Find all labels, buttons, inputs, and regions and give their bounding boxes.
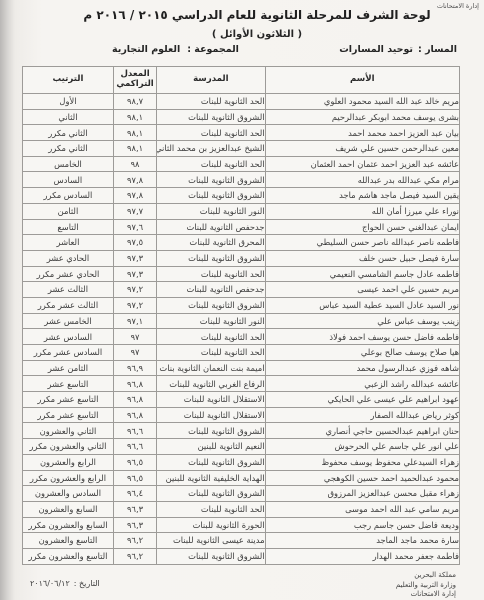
cell-name: يقين السيد فيصل ماجد هاشم ماجد xyxy=(265,188,459,204)
table-row: فاطمه ناصر عبدالله ناصر حسن السليطي المح… xyxy=(23,235,460,251)
table-row: سارة فيصل حبيل حسن خلف الشروق الثانوية ل… xyxy=(23,250,460,266)
table-row: حنان ابراهيم عبدالحسين حاجي أنصاري الشرو… xyxy=(23,423,460,439)
table-row: مرام مكي عبدالله بدر عبدالله الشروق الثا… xyxy=(23,172,460,188)
cell-gpa: ٩٧,٥ xyxy=(113,235,156,251)
cell-school: الشروق الثانوية للبنات xyxy=(157,188,265,204)
cell-gpa: ٩٨,١ xyxy=(113,141,156,157)
cell-school: الشروق الثانوية للبنات xyxy=(157,250,265,266)
cell-rank: الرابع والعشرون مكرر xyxy=(23,470,114,486)
table-row: يقين السيد فيصل ماجد هاشم ماجد الشروق ال… xyxy=(23,188,460,204)
cell-school: الحد الثانوية للبنات xyxy=(157,156,265,172)
cell-rank: الثالث عشر مكرر xyxy=(23,297,114,313)
cell-name: شاهه فوزي عبدالرسول محمد xyxy=(265,360,459,376)
cell-gpa: ٩٦,٨ xyxy=(113,376,156,392)
cell-rank: السادس عشر xyxy=(23,329,114,345)
table-row: علي انور علي جاسم علي الحرحوش النعيم الث… xyxy=(23,439,460,455)
cell-name: كوثر رياض عبدالله الصفار xyxy=(265,407,459,423)
header-gpa: المعدل التراكمي xyxy=(113,67,156,94)
cell-gpa: ٩٧,٦ xyxy=(113,219,156,235)
cell-school: جدحفص الثانوية للبنات xyxy=(157,219,265,235)
cell-rank: السابع والعشرون xyxy=(23,501,114,517)
cell-gpa: ٩٧,١ xyxy=(113,313,156,329)
cell-rank: الثامن عشر xyxy=(23,360,114,376)
cell-school: الشروق الثانوية للبنات xyxy=(157,172,265,188)
date-value: ٢٠١٦/٠٦/١٢ xyxy=(30,579,70,588)
cell-rank: الثالث عشر xyxy=(23,282,114,298)
table-row: محمود عبدالحميد احمد حسين الكوهجي الهداي… xyxy=(23,470,460,486)
cell-gpa: ٩٦,٥ xyxy=(113,454,156,470)
cell-gpa: ٩٧ xyxy=(113,329,156,345)
cell-gpa: ٩٨,١ xyxy=(113,125,156,141)
table-row: هيا صلاح يوسف صالح بوعلي الحد الثانوية ل… xyxy=(23,345,460,361)
cell-gpa: ٩٦,٣ xyxy=(113,517,156,533)
cell-name: فاطمه عادل جاسم الشامسي النعيمي xyxy=(265,266,459,282)
cell-gpa: ٩٦,٤ xyxy=(113,486,156,502)
cell-school: مدينة عيسى الثانوية للبنات xyxy=(157,533,265,549)
cell-school: الحد الثانوية للبنات xyxy=(157,329,265,345)
table-row: معين عبدالرحمن حسين علي شريف الشيخ عبدال… xyxy=(23,141,460,157)
header-name: الأسم xyxy=(265,67,459,94)
header-school: المدرسة xyxy=(157,67,265,94)
cell-school: النعيم الثانوية للبنين xyxy=(157,439,265,455)
cell-rank: العاشر xyxy=(23,235,114,251)
table-row: زهراء السيدعلي محفوظ يوسف محفوظ الشروق ا… xyxy=(23,454,460,470)
cell-rank: التاسع والعشرون xyxy=(23,533,114,549)
table-row: عائشه عبد العزيز احمد عثمان احمد العثمان… xyxy=(23,156,460,172)
cell-rank: الثاني والعشرون xyxy=(23,423,114,439)
cell-gpa: ٩٦,٦ xyxy=(113,423,156,439)
cell-name: سارة فيصل حبيل حسن خلف xyxy=(265,250,459,266)
scanned-document-page: { "corner_note": "إدارة الامتحانات", "ti… xyxy=(0,0,484,600)
cell-school: اميمة بنت النعمان الثانوية بنات xyxy=(157,360,265,376)
cell-school: الحد الثانوية للبنات xyxy=(157,345,265,361)
cell-school: الحورة الثانوية للبنات xyxy=(157,517,265,533)
cell-rank: التاسع عشر مكرر xyxy=(23,407,114,423)
header-rank: الترتيب xyxy=(23,67,114,94)
table-row: نوراء علي ميرزا أمان الله النور الثانوية… xyxy=(23,203,460,219)
cell-name: فاطمه ناصر عبدالله ناصر حسن السليطي xyxy=(265,235,459,251)
cell-school: الشروق الثانوية للبنات xyxy=(157,109,265,125)
cell-school: النور الثانوية للبنات xyxy=(157,313,265,329)
cell-name: مريم خالد عبد الله السيد محمود العلوي xyxy=(265,94,459,110)
cell-gpa: ٩٧,٨ xyxy=(113,188,156,204)
cell-name: بشرى يوسف محمد ابوبكر عبدالرحيم xyxy=(265,109,459,125)
cell-rank: الخامس xyxy=(23,156,114,172)
cell-gpa: ٩٦,٨ xyxy=(113,392,156,408)
cell-name: معين عبدالرحمن حسين علي شريف xyxy=(265,141,459,157)
cell-rank: السادس مكرر xyxy=(23,188,114,204)
honor-roll-table: الأسم المدرسة المعدل التراكمي الترتيب مر… xyxy=(22,66,460,565)
page-title: لوحة الشرف للمرحلة الثانوية للعام الدراس… xyxy=(70,8,444,22)
cell-school: الاستقلال الثانوية للبنات xyxy=(157,407,265,423)
table-row: بشرى يوسف محمد ابوبكر عبدالرحيم الشروق ا… xyxy=(23,109,460,125)
cell-name: فاطمه فاضل حسن يوسف احمد فولاذ xyxy=(265,329,459,345)
cell-gpa: ٩٨ xyxy=(113,156,156,172)
group-line: المجموعة :العلوم التجارية xyxy=(112,44,239,55)
cell-name: زهراء السيدعلي محفوظ يوسف محفوظ xyxy=(265,454,459,470)
cell-school: الحد الثانوية للبنات xyxy=(157,266,265,282)
table-row: زينب يوسف عباس علي النور الثانوية للبنات… xyxy=(23,313,460,329)
cell-school: الشروق الثانوية للبنات xyxy=(157,454,265,470)
cell-rank: السادس والعشرون xyxy=(23,486,114,502)
cell-school: الشروق الثانوية للبنات xyxy=(157,297,265,313)
cell-school: الهداية الخليفية الثانوية للبنين xyxy=(157,470,265,486)
cell-school: الحد الثانوية للبنات xyxy=(157,94,265,110)
cell-school: النور الثانوية للبنات xyxy=(157,203,265,219)
cell-gpa: ٩٦,٣ xyxy=(113,501,156,517)
cell-gpa: ٩٦,٢ xyxy=(113,533,156,549)
cell-gpa: ٩٦,٢ xyxy=(113,548,156,564)
cell-gpa: ٩٧,٣ xyxy=(113,250,156,266)
cell-rank: السادس عشر مكرر xyxy=(23,345,114,361)
cell-school: جدحفص الثانوية للبنات xyxy=(157,282,265,298)
cell-rank: الحادي عشر xyxy=(23,250,114,266)
table-row: مريم سامي عبد الله احمد موسى الحد الثانو… xyxy=(23,501,460,517)
cell-name: مريم سامي عبد الله احمد موسى xyxy=(265,501,459,517)
cell-name: مريم حسين علي احمد عيسى xyxy=(265,282,459,298)
cell-rank: الثاني مكرر xyxy=(23,125,114,141)
cell-rank: الثاني xyxy=(23,109,114,125)
footer-ministry: وزارة التربية والتعليم xyxy=(396,581,456,591)
cell-name: عائشه عبد العزيز احمد عثمان احمد العثمان xyxy=(265,156,459,172)
track-value: توحيد المسارات xyxy=(339,44,413,55)
cell-gpa: ٩٧,٢ xyxy=(113,282,156,298)
cell-school: الشروق الثانوية للبنات xyxy=(157,548,265,564)
cell-gpa: ٩٦,٨ xyxy=(113,407,156,423)
cell-gpa: ٩٧,٢ xyxy=(113,297,156,313)
cell-school: الشروق الثانوية للبنات xyxy=(157,423,265,439)
date-label: التاريخ : xyxy=(74,579,100,588)
cell-name: عائشه عبدالله راشد الزعبي xyxy=(265,376,459,392)
cell-name: زينب يوسف عباس علي xyxy=(265,313,459,329)
cell-school: الحد الثانوية للبنات xyxy=(157,501,265,517)
cell-name: وديعة فاضل حسن جاسم رجب xyxy=(265,517,459,533)
cell-gpa: ٩٦,٩ xyxy=(113,360,156,376)
cell-school: الاستقلال الثانوية للبنات xyxy=(157,392,265,408)
cell-gpa: ٩٨,١ xyxy=(113,109,156,125)
cell-name: محمود عبدالحميد احمد حسين الكوهجي xyxy=(265,470,459,486)
cell-name: علي انور علي جاسم علي الحرحوش xyxy=(265,439,459,455)
table-row: بيان عبد العزيز احمد محمد احمد الحد الثا… xyxy=(23,125,460,141)
cell-name: ايمان عبدالغني حسن الحواج xyxy=(265,219,459,235)
cell-rank: الأول xyxy=(23,94,114,110)
table-row: ايمان عبدالغني حسن الحواج جدحفص الثانوية… xyxy=(23,219,460,235)
table-row: زهراء مقبل محسن عبدالعزيز المرزوق الشروق… xyxy=(23,486,460,502)
cell-rank: السادس xyxy=(23,172,114,188)
cell-rank: التاسع عشر مكرر xyxy=(23,392,114,408)
cell-name: سارة محمد ماجد الماجد xyxy=(265,533,459,549)
cell-rank: الحادي عشر مكرر xyxy=(23,266,114,282)
table-row: عائشه عبدالله راشد الزعبي الرفاع الغربي … xyxy=(23,376,460,392)
cell-name: زهراء مقبل محسن عبدالعزيز المرزوق xyxy=(265,486,459,502)
cell-rank: التاسع عشر xyxy=(23,376,114,392)
cell-rank: التاسع والعشرون مكرر xyxy=(23,548,114,564)
cell-rank: الثامن xyxy=(23,203,114,219)
cell-rank: الخامس عشر xyxy=(23,313,114,329)
date-line: التاريخ :٢٠١٦/٠٦/١٢ xyxy=(30,579,100,588)
cell-name: نور السيد عادل السيد عطية السيد عباس xyxy=(265,297,459,313)
cell-gpa: ٩٧,٨ xyxy=(113,172,156,188)
table-row: مريم خالد عبد الله السيد محمود العلوي ال… xyxy=(23,94,460,110)
cell-gpa: ٩٦,٦ xyxy=(113,439,156,455)
track-label: المسار : xyxy=(418,44,457,55)
track-line: المسار :توحيد المسارات xyxy=(339,44,457,55)
table-row: شاهه فوزي عبدالرسول محمد اميمة بنت النعم… xyxy=(23,360,460,376)
table-row: نور السيد عادل السيد عطية السيد عباس الش… xyxy=(23,297,460,313)
cell-name: نوراء علي ميرزا أمان الله xyxy=(265,203,459,219)
cell-gpa: ٩٨,٧ xyxy=(113,94,156,110)
ministry-block: مملكة البحرين وزارة التربية والتعليم إدا… xyxy=(396,571,456,600)
footer-kingdom: مملكة البحرين xyxy=(396,571,456,581)
cell-name: بيان عبد العزيز احمد محمد احمد xyxy=(265,125,459,141)
cell-rank: الثاني والعشرون مكرر xyxy=(23,439,114,455)
cell-gpa: ٩٧,٧ xyxy=(113,203,156,219)
page-subtitle: ( الثلاثون الأوائل ) xyxy=(70,29,444,40)
cell-name: عهود ابراهيم علي عيسى علي الحايكي xyxy=(265,392,459,408)
cell-school: الشيخ عبدالعزيز بن محمد الثاني xyxy=(157,141,265,157)
table-row: كوثر رياض عبدالله الصفار الاستقلال الثان… xyxy=(23,407,460,423)
group-value: العلوم التجارية xyxy=(112,44,180,55)
cell-rank: الرابع والعشرون xyxy=(23,454,114,470)
cell-name: حنان ابراهيم عبدالحسين حاجي أنصاري xyxy=(265,423,459,439)
cell-school: المحرق الثانوية للبنات xyxy=(157,235,265,251)
table-row: فاطمه عادل جاسم الشامسي النعيمي الحد الث… xyxy=(23,266,460,282)
table-header-row: الأسم المدرسة المعدل التراكمي الترتيب xyxy=(23,67,460,94)
table-row: سارة محمد ماجد الماجد مدينة عيسى الثانوي… xyxy=(23,533,460,549)
cell-school: الحد الثانوية للبنات xyxy=(157,125,265,141)
table-row: وديعة فاضل حسن جاسم رجب الحورة الثانوية … xyxy=(23,517,460,533)
group-label: المجموعة : xyxy=(187,44,239,55)
honor-table-body: مريم خالد عبد الله السيد محمود العلوي ال… xyxy=(23,94,460,565)
cell-name: فاطمة جعفر محمد الهدار xyxy=(265,548,459,564)
cell-rank: الثاني مكرر xyxy=(23,141,114,157)
cell-school: الشروق الثانوية للبنات xyxy=(157,486,265,502)
cell-gpa: ٩٧ xyxy=(113,345,156,361)
cell-name: هيا صلاح يوسف صالح بوعلي xyxy=(265,345,459,361)
cell-rank: التاسع xyxy=(23,219,114,235)
table-row: عهود ابراهيم علي عيسى علي الحايكي الاستق… xyxy=(23,392,460,408)
cell-gpa: ٩٦,٥ xyxy=(113,470,156,486)
table-row: فاطمه فاضل حسن يوسف احمد فولاذ الحد الثا… xyxy=(23,329,460,345)
cell-school: الرفاع الغربي الثانوية للبنات xyxy=(157,376,265,392)
table-row: فاطمة جعفر محمد الهدار الشروق الثانوية ل… xyxy=(23,548,460,564)
footer-exams-admin: إدارة الامتحانات xyxy=(396,590,456,600)
table-row: مريم حسين علي احمد عيسى جدحفص الثانوية ل… xyxy=(23,282,460,298)
cell-gpa: ٩٧,٣ xyxy=(113,266,156,282)
cell-rank: السابع والعشرون مكرر xyxy=(23,517,114,533)
cell-name: مرام مكي عبدالله بدر عبدالله xyxy=(265,172,459,188)
